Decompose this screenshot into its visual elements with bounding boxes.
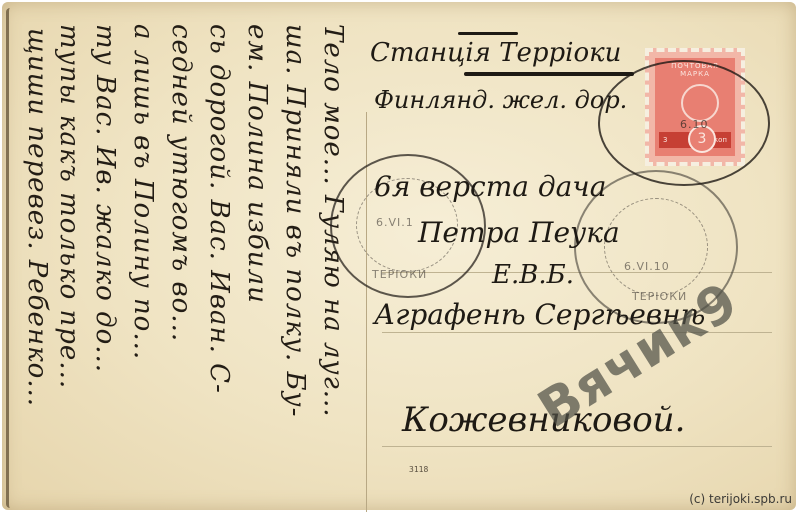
letter-line: щиши перевез. Ребенко... [22, 28, 52, 407]
letter-line: седней утюгомъ во... [166, 24, 196, 342]
address-railway: Финлянд. жел. дор. [374, 86, 627, 114]
postmark-text: ТЕРІОКИ [372, 268, 427, 281]
letter-line: ша. Приняли въ полку. Бу- [280, 24, 310, 417]
postmark-date: 6.10 [680, 118, 709, 131]
address-title: Е.В.Б. [492, 260, 574, 290]
print-number: 3118 [409, 465, 428, 474]
underline-mark [464, 72, 634, 76]
letter-line: сь дорогой. Вас. Иван. С- [204, 24, 234, 394]
underline-mark [458, 32, 518, 35]
postmark-date: 6.VI.10 [624, 260, 670, 273]
letter-line: а лишь въ Полину по... [128, 24, 158, 360]
handwritten-letter: Тело мое... Гуляю на луг... ша. Приняли … [8, 8, 358, 508]
letter-line: ту Вас. Ив. жалко до... [90, 24, 120, 373]
address-dacha-owner: Петра Пеука [418, 216, 620, 249]
copyright-text: (c) terijoki.spb.ru [689, 492, 792, 506]
address-station: Станція Терріоки [370, 38, 621, 68]
letter-line: тупы какъ только пре... [54, 24, 84, 389]
postmark-date: 6.VI.1 [376, 216, 414, 229]
letter-line: ем. Полина избили [242, 24, 272, 304]
postmark: 6.10 [598, 60, 770, 186]
postcard: Тело мое... Гуляю на луг... ша. Приняли … [2, 2, 796, 510]
address-line [382, 446, 772, 447]
address-verst: 6я верста дача [374, 170, 606, 203]
